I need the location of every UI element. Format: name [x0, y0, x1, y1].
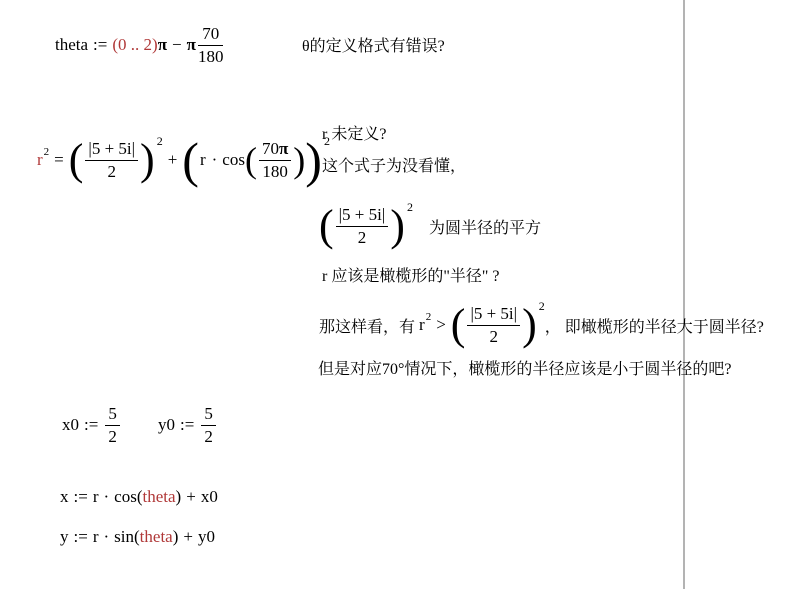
annotation-text: 那这样看，有	[319, 314, 419, 337]
annotation-theta-format-error[interactable]: θ的定义格式有错误?	[302, 34, 445, 54]
equation-x0-definition[interactable]: x0 := 5 2	[62, 403, 122, 447]
cos-function: cos	[114, 487, 137, 507]
fraction-5-2: 5 2	[201, 404, 216, 446]
fraction-radius: |5 + 5i| 2	[85, 139, 138, 181]
var-x0: x0	[201, 487, 218, 507]
equation-theta-definition[interactable]: theta := (0 .. 2) π − π 70 180	[55, 25, 225, 65]
annotation-text: 但是对应70°情况下，橄榄形的半径应该是小于圆半径的吧?	[318, 356, 732, 379]
sin-function: sin	[114, 527, 134, 547]
fraction-denominator: 2	[467, 326, 520, 347]
assign-operator: :=	[74, 487, 88, 507]
fraction-numerator: |5 + 5i|	[85, 139, 138, 161]
annotation-olive-radius[interactable]: r 应该是橄榄形的"半径" ?	[322, 264, 500, 284]
plus-operator: +	[168, 150, 178, 170]
minus-operator: −	[172, 35, 182, 55]
fraction-denominator: 2	[105, 426, 120, 447]
equation-r-squared[interactable]: r 2 = ( |5 + 5i| 2 ) 2 + ( r · cos ( 70π…	[37, 131, 330, 189]
var-r: r	[419, 315, 425, 335]
pi-symbol: π	[158, 35, 167, 55]
annotation-text: ， 即橄榄形的半径大于圆半径?	[545, 314, 764, 337]
var-x: x	[60, 487, 69, 507]
exponent-two: 2	[44, 146, 50, 158]
annotation-text: r 应该是橄榄形的"半径" ?	[322, 263, 500, 286]
annotation-seventy-degree-case[interactable]: 但是对应70°情况下，橄榄形的半径应该是小于圆半径的吧?	[318, 357, 732, 377]
plus-operator: +	[183, 527, 193, 547]
fraction-numerator: |5 + 5i|	[467, 304, 520, 326]
fraction-angle: 70π 180	[259, 139, 291, 181]
annotation-text: θ的定义格式有错误?	[302, 33, 445, 56]
page-margin-line	[683, 0, 685, 589]
equation-x-definition[interactable]: x := r · cos ( theta ) + x0	[60, 486, 218, 508]
expression-circle-radius-squared[interactable]: ( |5 + 5i| 2 ) 2 为圆半径的平方	[319, 200, 541, 252]
assign-operator: :=	[84, 415, 98, 435]
exponent-two: 2	[157, 134, 163, 149]
fraction-denominator: 2	[201, 426, 216, 447]
fraction-numerator: 5	[105, 404, 120, 426]
var-y0: y0	[198, 527, 215, 547]
equation-y0-definition[interactable]: y0 := 5 2	[158, 403, 218, 447]
mathcad-worksheet: theta := (0 .. 2) π − π 70 180 θ的定义格式有错误…	[0, 0, 804, 589]
fraction-70-180: 70 180	[198, 24, 224, 66]
fraction-denominator: 180	[198, 46, 224, 67]
pi-symbol: π	[187, 35, 196, 55]
equals-operator: =	[54, 150, 64, 170]
var-y: y	[60, 527, 69, 547]
multiply-dot: ·	[103, 487, 109, 507]
plus-operator: +	[186, 487, 196, 507]
var-theta: theta	[143, 487, 176, 507]
exponent-two: 2	[426, 311, 432, 323]
fraction-numerator: 70	[198, 24, 224, 46]
var-theta: theta	[140, 527, 173, 547]
assign-operator: :=	[93, 35, 107, 55]
exponent-two: 2	[407, 200, 413, 215]
fraction-numerator: 70π	[259, 139, 291, 161]
assign-operator: :=	[74, 527, 88, 547]
fraction-numerator: 5	[201, 404, 216, 426]
fraction-denominator: 180	[259, 161, 291, 182]
right-paren: )	[173, 527, 179, 547]
range-literal: (0 .. 2)	[112, 35, 157, 55]
fraction-5-2: 5 2	[105, 404, 120, 446]
fraction-denominator: 2	[85, 161, 138, 182]
multiply-dot: ·	[103, 527, 109, 547]
cos-function: cos	[222, 150, 245, 170]
var-r: r	[93, 527, 99, 547]
pi-symbol: π	[279, 139, 288, 158]
var-y0: y0	[158, 415, 175, 435]
annotation-comparison-line[interactable]: 那这样看，有 r 2 > ( |5 + 5i| 2 ) 2 ， 即橄榄形的半径大…	[319, 299, 764, 351]
var-r: r	[93, 487, 99, 507]
var-theta: theta	[55, 35, 88, 55]
annotation-text: 这个式子为没看懂，	[322, 153, 466, 176]
annotation-text: r 未定义?	[322, 121, 386, 144]
annotation-circle-radius-squared: 为圆半径的平方	[429, 215, 541, 238]
multiply-dot: ·	[212, 150, 218, 170]
var-r: r	[37, 150, 43, 170]
annotation-dont-understand[interactable]: 这个式子为没看懂，	[322, 154, 466, 174]
var-r: r	[200, 150, 206, 170]
fraction-numerator: |5 + 5i|	[336, 205, 389, 227]
fraction-radius: |5 + 5i| 2	[467, 304, 520, 346]
var-x0: x0	[62, 415, 79, 435]
exponent-two: 2	[539, 299, 545, 314]
annotation-r-undefined[interactable]: r 未定义?	[322, 122, 386, 142]
assign-operator: :=	[180, 415, 194, 435]
fraction-denominator: 2	[336, 227, 389, 248]
fraction-radius: |5 + 5i| 2	[336, 205, 389, 247]
right-paren: )	[176, 487, 182, 507]
equation-y-definition[interactable]: y := r · sin ( theta ) + y0	[60, 526, 215, 548]
greater-than-operator: >	[436, 315, 446, 335]
